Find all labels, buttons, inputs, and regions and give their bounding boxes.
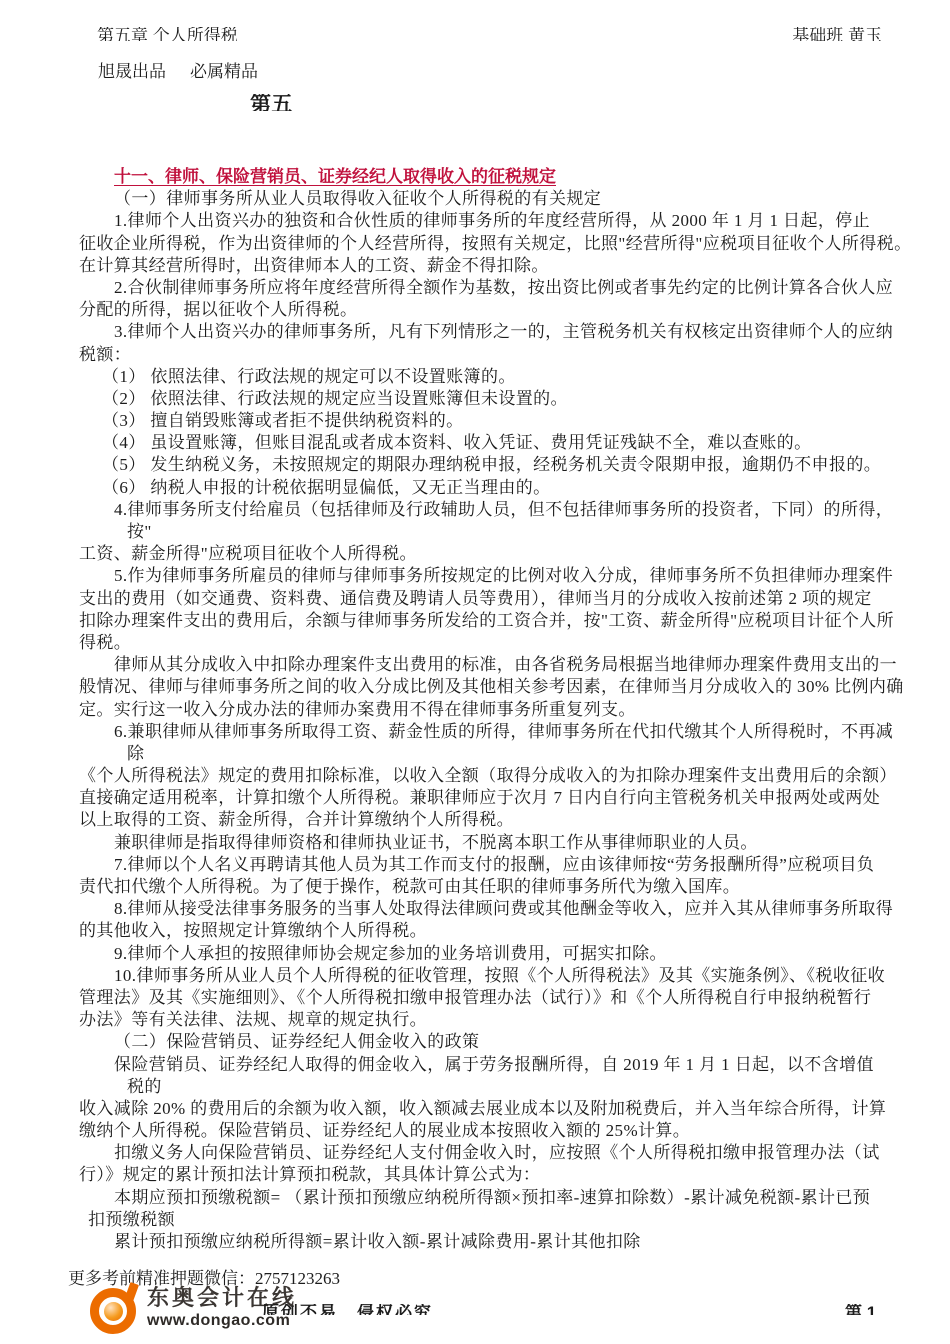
text-line: 9.律师个人承担的按照律师协会规定参加的业务培训费用，可据实扣除。 [79,943,881,965]
text-line: （4） 虽设置账簿，但账目混乱或者成本资料、收入凭证、费用凭证残缺不全，难以查账… [79,432,881,454]
text-line: 2.合伙制律师事务所应将年度经营所得全额作为基数，按出资比例或者事先约定的比例计… [79,277,881,299]
text-line: 管理法》及其《实施细则》、《个人所得税扣缴申报管理办法（试行）》和《个人所得税自… [79,987,881,1009]
text-line: 除 [79,743,881,765]
text-line: 按" [79,521,881,543]
text-line: 以上取得的工资、薪金所得，合并计算缴纳个人所得税。 [79,809,881,831]
text-line: 征收企业所得税，作为出资律师的个人经营所得，按照有关规定，比照"经营所得"应税项… [79,233,881,255]
text-line: 扣缴义务人向保险营销员、证券经纪人支付佣金收入时，应按照《个人所得税扣缴申报管理… [79,1142,881,1164]
section-title-number: 第五 [250,94,530,111]
text-line: 3.律师个人出资兴办的律师事务所，凡有下列情形之一的，主管税务机关有权核定出资律… [79,321,881,343]
text-line: 5.作为律师事务所雇员的律师与律师事务所按规定的比例对收入分成，律师事务所不负担… [79,565,881,587]
text-line: 缴纳个人所得税。保险营销员、证券经纪人的展业成本按照收入额的 25%计算。 [79,1120,881,1142]
text-line: 1.律师个人出资兴办的独资和合伙性质的律师事务所的年度经营所得，从 2000 年… [79,210,881,232]
page-number: 第 1 [845,1304,876,1315]
watermark-left-text: 旭晟出品 [98,62,166,81]
text-line: 本期应预扣预缴税额= （累计预扣预缴应纳税所得额×预扣率-速算扣除数）-累计减免… [79,1187,881,1209]
text-line: 税额： [79,344,881,366]
text-line: 得税。 [79,632,881,654]
text-line: 工资、薪金所得"应税项目征收个人所得税。 [79,543,881,565]
chapter-header-text: 第五章 个人所得税 [97,27,238,41]
text-line: 扣预缴税额 [79,1209,881,1231]
text-line: 在计算其经营所得时，出资律师本人的工资、薪金不得扣除。 [79,255,881,277]
text-line: 兼职律师是指取得律师资格和律师执业证书，不脱离本职工作从事律师职业的人员。 [79,832,881,854]
document-page: 第五章 个人所得税 基础班 黄玉 旭晟出品必属精品 第五应纳税额计算中的特殊问题… [0,0,950,1344]
text-line: 的其他收入，按照规定计算缴纳个人所得税。 [79,920,881,942]
logo-sphere [104,1302,123,1321]
class-header-text: 基础班 黄玉 [792,27,882,41]
text-line: （一）律师事务所从业人员取得收入征收个人所得税的有关规定 [79,188,881,210]
text-line: 税的 [79,1076,881,1098]
text-line: 办法》等有关法律、法规、规章的规定执行。 [79,1009,881,1031]
text-line: 保险营销员、证券经纪人取得的佣金收入，属于劳务报酬所得，自 2019 年 1 月… [79,1054,881,1076]
text-line: 分配的所得，据以征收个人所得税。 [79,299,881,321]
running-header-right: 基础班 黄玉 [792,27,882,41]
text-line: 6.兼职律师从律师事务所取得工资、薪金性质的所得，律师事务所在代扣代缴其个人所得… [79,721,881,743]
text-line: （3） 擅自销毁账簿或者拒不提供纳税资料的。 [79,410,881,432]
text-line: 律师从其分成收入中扣除办理案件支出费用的标准，由各省税务局根据当地律师办理案件费… [79,654,881,676]
watermark-stamp: 旭晟出品必属精品 [98,57,258,82]
text-line: 收入减除 20% 的费用后的余额为收入额，收入额减去展业成本以及附加税费后，并入… [79,1098,881,1120]
text-line: 7.律师以个人名义再聘请其他人员为其工作而支付的报酬，应由该律师按“劳务报酬所得… [79,854,881,876]
text-line: 4.律师事务所支付给雇员（包括律师及行政辅助人员，但不包括律师事务所的投资者，下… [79,499,881,521]
text-line: （1） 依照法律、行政法规的规定可以不设置账簿的。 [79,366,881,388]
dongao-logo-icon [90,1286,138,1334]
text-line: 定。实行这一收入分成办法的律师办案费用不得在律师事务所重复列支。 [79,699,881,721]
copyright-notice: 原创不易 侵权必究 [262,1304,433,1315]
text-line: 累计预扣预缴应纳税所得额=累计收入额-累计减除费用-累计其他扣除 [79,1231,881,1253]
text-line: （二）保险营销员、证券经纪人佣金收入的政策 [79,1031,881,1053]
section-title: 第五应纳税额计算中的特殊问题处 [250,94,530,111]
text-line: 行）》规定的累计预扣法计算预扣税款，其具体计算公式为： [79,1164,881,1186]
text-line: 《个人所得税法》规定的费用扣除标准，以收入全额（取得分成收入的为扣除办理案件支出… [79,765,881,787]
text-line: 责代扣代缴个人所得税。为了便于操作，税款可由其任职的律师事务所代为缴入国库。 [79,876,881,898]
text-line: 般情况、律师与律师事务所之间的收入分成比例及其他相关参考因素，在律师当月分成收入… [79,676,881,698]
running-header-left: 第五章 个人所得税 [97,27,238,41]
watermark-right-text: 必属精品 [190,62,258,81]
text-line: 8.律师从接受法律事务服务的当事人处取得法律顾问费或其他酬金等收入，应并入其从律… [79,898,881,920]
text-line: 10.律师事务所从业人员个人所得税的征收管理，按照《个人所得税法》及其《实施条例… [79,965,881,987]
text-line: 扣除办理案件支出的费用后，余额与律师事务所发给的工资合并，按"工资、薪金所得"应… [79,610,881,632]
text-line: （2） 依照法律、行政法规的规定应当设置账簿但未设置的。 [79,388,881,410]
topic-heading: 十一、律师、保险营销员、证券经纪人取得收入的征税规定 [79,166,881,188]
text-line: （5） 发生纳税义务，未按照规定的期限办理纳税申报，经税务机关责令限期申报，逾期… [79,454,881,476]
text-line: （6） 纳税人申报的计税依据明显偏低，又无正当理由的。 [79,477,881,499]
document-body: 十一、律师、保险营销员、证券经纪人取得收入的征税规定 （一）律师事务所从业人员取… [79,166,881,1253]
text-line: 直接确定适用税率，计算扣缴个人所得税。兼职律师应于次月 7 日内自行向主管税务机… [79,787,881,809]
text-line: 支出的费用（如交通费、资料费、通信费及聘请人员等费用），律师当月的分成收入按前述… [79,588,881,610]
